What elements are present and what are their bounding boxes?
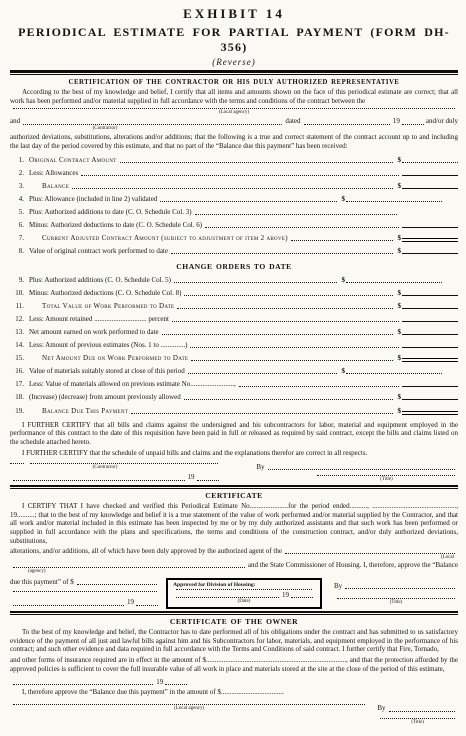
- contractor-signature-block: (Contractor) 19 By (Title): [10, 463, 458, 483]
- local-agency-caption: (Local agency): [10, 706, 368, 712]
- line-label: Minus: Authorized deductions to date (C.…: [29, 222, 202, 229]
- and-word: and: [10, 117, 20, 126]
- agent-line-text: alterations, and/or additions, all of wh…: [10, 547, 282, 556]
- dollar-sign: $: [398, 235, 402, 242]
- amount-blank: [402, 399, 458, 400]
- approval-left-column: due this payment” of $ 19: [10, 578, 160, 609]
- line-label: Total Value of Work Performed to Date: [29, 303, 174, 310]
- heavy-divider: [10, 485, 458, 489]
- contractor-caption: (Contractor): [50, 465, 160, 471]
- dollar-sign: $: [398, 290, 402, 297]
- change-orders-heading: CHANGE ORDERS TO DATE: [10, 262, 458, 271]
- line-items-block-1: 1. Original Contract Amount $ 2. Less: A…: [10, 157, 458, 256]
- dotted-leader: [191, 360, 392, 361]
- by-line: By: [334, 582, 458, 591]
- certification-intro: According to the best of my knowledge an…: [10, 88, 458, 106]
- date-caption: (Date): [173, 599, 315, 605]
- line-label: Less: Amount of previous estimates (Nos.…: [29, 342, 187, 349]
- amount-blank: [402, 321, 458, 322]
- line-label: Balance Due This Payment: [29, 408, 128, 415]
- dotted-leader: [162, 334, 393, 335]
- heavy-divider: [10, 611, 458, 615]
- line-label: Less: Amount retained ..................…: [29, 316, 169, 323]
- line-label: Net Amount Due on Work Performed to Date: [29, 355, 188, 362]
- amount-blank: [402, 411, 458, 415]
- form-line-8: 8. Value of original contract work perfo…: [10, 248, 458, 255]
- year-blank: [165, 684, 187, 685]
- dotted-leader: [190, 347, 399, 348]
- dotted-leader: [205, 227, 399, 228]
- dotted-leader: [188, 373, 337, 374]
- agency-blank: [13, 567, 245, 568]
- title-caption: (Title): [334, 600, 458, 606]
- line-number: 12.: [10, 316, 24, 323]
- dotted-leader: [171, 253, 393, 254]
- form-line-10: 10. Minus: Authorized deductions (C. O. …: [10, 290, 458, 297]
- title-blank: [337, 598, 455, 599]
- line-number: 1.: [10, 157, 24, 164]
- line-number: 14.: [10, 342, 24, 349]
- line-label: Original Contract Amount: [29, 157, 117, 164]
- by-word: By: [334, 582, 342, 591]
- by-word: By: [256, 463, 264, 472]
- by-blank: [345, 588, 455, 589]
- amount-blank: [402, 188, 458, 189]
- form-line-14: 14. Less: Amount of previous estimates (…: [10, 342, 458, 349]
- dollar-sign: $: [398, 329, 402, 336]
- approval-right-column: By (Title): [328, 578, 458, 609]
- signature-blank: [13, 591, 157, 592]
- amount-blank: [402, 308, 458, 309]
- amount-blank: [402, 162, 458, 163]
- owner-signature-right: By (Title): [377, 704, 458, 725]
- form-line-5: 5. Plus: Authorized additions to date (C…: [10, 209, 458, 216]
- line-number: 19.: [10, 408, 24, 415]
- line-number: 4.: [10, 196, 24, 203]
- line-number: 5.: [10, 209, 24, 216]
- heavy-divider: [10, 70, 458, 75]
- housing-date-line: 19: [173, 591, 315, 600]
- date-blank: [13, 684, 153, 685]
- line-label: Less: Value of materials allowed on prev…: [29, 381, 236, 388]
- date-blank: [13, 605, 124, 606]
- year-blank: [136, 605, 158, 606]
- dotted-leader: [184, 399, 393, 400]
- further-certify-paragraph-1: I FURTHER CERTIFY that all bills and cla…: [10, 421, 458, 447]
- form-line-15: 15. Net Amount Due on Work Performed to …: [10, 355, 458, 362]
- form-line-4: 4. Plus: Allowance (included in line 2) …: [10, 196, 458, 203]
- certificate-body: I CERTIFY THAT I have checked and verifi…: [10, 502, 458, 546]
- date-blank: [13, 480, 185, 481]
- year-blank: [197, 480, 219, 481]
- amount-blank: [346, 373, 442, 374]
- dollar-sign: $: [342, 368, 346, 375]
- approver-signature-line: [10, 591, 160, 593]
- commissioner-text: and the State Commissioner of Housing. I…: [248, 561, 458, 570]
- agency-caption: (agency): [28, 569, 458, 575]
- amount-blank: [402, 386, 458, 387]
- dotted-leader: [239, 386, 399, 387]
- dollar-sign: $: [398, 303, 402, 310]
- amount-blank: [402, 334, 458, 335]
- owner-signature-left: (Local agency): [10, 704, 368, 725]
- dollar-sign: $: [398, 183, 402, 190]
- dollar-sign: $: [398, 157, 402, 164]
- local-agency-blank: [285, 553, 455, 554]
- form-line-16: 16. Value of materials suitably stored a…: [10, 368, 458, 375]
- authorized-agent-line: alterations, and/or additions, all of wh…: [10, 547, 458, 556]
- signature-blank: [30, 463, 218, 464]
- dated-word: dated: [285, 117, 300, 126]
- date-blank: [304, 124, 390, 125]
- line-number: 7.: [10, 235, 24, 242]
- owner-certificate-body-2: and other forms of insurance required ar…: [10, 656, 458, 674]
- owner-date-line: 19: [10, 678, 189, 687]
- contractor-caption: (Contractor): [50, 126, 160, 132]
- dotted-leader: [291, 240, 393, 241]
- and-or-duly-word: and/or duly: [426, 117, 458, 126]
- signature-left-column: (Contractor) 19: [10, 463, 221, 483]
- line-number: 11.: [10, 303, 24, 310]
- form-title: PERIODICAL ESTIMATE FOR PARTIAL PAYMENT …: [10, 25, 458, 55]
- signature-blank: [13, 704, 365, 705]
- certification-continuation: authorized deviations, substitutions, al…: [10, 133, 458, 151]
- dotted-leader: [72, 188, 392, 189]
- balance-due-line: due this payment” of $: [10, 578, 160, 587]
- amount-blank: [77, 584, 157, 585]
- year-blank: [291, 597, 313, 598]
- by-word: By: [377, 704, 385, 713]
- by-line: By: [256, 463, 458, 472]
- fill-in-blank: [13, 108, 455, 109]
- line-label: Plus: Authorized additions to date (C. O…: [29, 209, 192, 216]
- line-label: Value of materials suitably stored at cl…: [29, 368, 185, 375]
- form-line-18: 18. (Increase) (decrease) from amount pr…: [10, 394, 458, 401]
- amount-blank: [402, 238, 458, 242]
- dollar-sign: $: [398, 394, 402, 401]
- dotted-leader: [81, 175, 399, 176]
- dotted-leader: [174, 282, 337, 283]
- approval-zone: due this payment” of $ 19 Approved for D…: [10, 578, 458, 609]
- form-line-6: 6. Minus: Authorized deductions to date …: [10, 222, 458, 229]
- division-of-housing-box: Approved for Division of Housing: 19 (Da…: [166, 578, 322, 609]
- amount-blank: [402, 253, 458, 254]
- line-label: Balance: [29, 183, 69, 190]
- title-caption: (Title): [377, 720, 458, 726]
- signature-blank: [176, 589, 312, 590]
- line-number: 8.: [10, 248, 24, 255]
- line-number: 15.: [10, 355, 24, 362]
- year-blank: [402, 124, 424, 125]
- amount-blank: [402, 175, 458, 176]
- form-line-2: 2. Less: Allowances: [10, 170, 458, 177]
- line-label: Current Adjusted Contract Amount (subjec…: [29, 235, 288, 242]
- line-number: 17.: [10, 381, 24, 388]
- dotted-leader: [131, 413, 392, 414]
- line-number: 6.: [10, 222, 24, 229]
- dotted-leader: [195, 214, 397, 215]
- line-number: 13.: [10, 329, 24, 336]
- owner-approve-line: I, therefore approve the “Balance due th…: [10, 688, 458, 697]
- dotted-leader: [120, 162, 393, 163]
- contractor-date-line: 19: [10, 473, 221, 482]
- form-line-9: 9. Plus: Authorized additions (C. O. Sch…: [10, 277, 458, 284]
- form-line-17: 17. Less: Value of materials allowed on …: [10, 381, 458, 388]
- dollar-sign: $: [398, 355, 402, 362]
- year-word: 19: [188, 473, 195, 482]
- year-word: 19: [127, 598, 134, 607]
- line-label: Plus: Authorized additions (C. O. Schedu…: [29, 277, 171, 284]
- dotted-leader: [160, 201, 336, 202]
- title-blank: [317, 475, 455, 476]
- owner-certificate-heading: CERTIFICATE OF THE OWNER: [10, 617, 458, 626]
- amount-blank: [402, 227, 458, 228]
- amount-blank: [402, 358, 458, 362]
- form-line-3: 3. Balance $: [10, 183, 458, 190]
- amount-blank: [402, 347, 458, 348]
- title-caption: (Title): [316, 477, 456, 483]
- dollar-sign: $: [342, 196, 346, 203]
- title-blank: [380, 718, 455, 719]
- line-label: Minus: Authorized deductions (C. O. Sche…: [29, 290, 181, 297]
- line-number: 9.: [10, 277, 24, 284]
- form-line-7: 7. Current Adjusted Contract Amount (sub…: [10, 235, 458, 242]
- certificate-heading: CERTIFICATE: [10, 491, 458, 500]
- contractor-name-blank: [23, 124, 282, 125]
- amount-blank: [346, 201, 442, 202]
- amount-blank: [346, 282, 442, 283]
- year-word: 19: [393, 117, 400, 126]
- line-number: 2.: [10, 170, 24, 177]
- balance-due-text: due this payment” of $: [10, 578, 74, 587]
- owner-certificate-body-1: To the best of my knowledge and belief, …: [10, 628, 458, 654]
- title-line-group: (Title): [334, 598, 458, 606]
- dollar-sign: $: [342, 277, 346, 284]
- date-blank: [176, 597, 279, 598]
- contractor-dated-line: and dated 19 and/or duly: [10, 117, 458, 126]
- line-number: 18.: [10, 394, 24, 401]
- line-number: 3.: [10, 183, 24, 190]
- housing-box-heading: Approved for Division of Housing:: [173, 582, 315, 589]
- line-label: Plus: Allowance (included in line 2) val…: [29, 196, 157, 203]
- exhibit-title: EXHIBIT 14: [10, 6, 458, 22]
- commissioner-line: and the State Commissioner of Housing. I…: [10, 561, 458, 570]
- line-label: Value of original contract work performe…: [29, 248, 168, 255]
- line-items-block-2: 9. Plus: Authorized additions (C. O. Sch…: [10, 277, 458, 415]
- scanned-form-page: EXHIBIT 14 PERIODICAL ESTIMATE FOR PARTI…: [0, 0, 466, 727]
- form-line-13: 13. Net amount earned on work performed …: [10, 329, 458, 336]
- fill-in-blank: [10, 463, 24, 464]
- dotted-leader: [172, 321, 399, 322]
- dollar-sign: $: [398, 408, 402, 415]
- by-line: By: [377, 704, 458, 713]
- form-line-19: 19. Balance Due This Payment $: [10, 408, 458, 415]
- local-agency-caption: (Local agency): [10, 110, 458, 116]
- owner-signature-block: (Local agency) By (Title): [10, 704, 458, 725]
- by-blank: [389, 711, 455, 712]
- dotted-leader: [177, 308, 392, 309]
- line-number: 10.: [10, 290, 24, 297]
- by-blank: [268, 469, 455, 470]
- form-line-1: 1. Original Contract Amount $: [10, 157, 458, 164]
- signature-right-column: By (Title): [256, 463, 458, 483]
- form-line-12: 12. Less: Amount retained ..............…: [10, 316, 458, 323]
- year-word: 19: [282, 591, 289, 600]
- approver-date-line: 19: [10, 598, 160, 607]
- dollar-sign: $: [398, 248, 402, 255]
- line-number: 16.: [10, 368, 24, 375]
- form-subtitle: (Reverse): [10, 57, 458, 67]
- line-label: (Increase) (decrease) from amount previo…: [29, 394, 181, 401]
- further-certify-paragraph-2: I FURTHER CERTIFY that the schedule of u…: [10, 449, 458, 458]
- certification-heading: CERTIFICATION OF THE CONTRACTOR OR HIS D…: [10, 79, 458, 86]
- form-line-11: 11. Total Value of Work Performed to Dat…: [10, 303, 458, 310]
- dotted-leader: [184, 295, 392, 296]
- line-label: Net amount earned on work performed to d…: [29, 329, 159, 336]
- amount-blank: [402, 295, 458, 296]
- year-word: 19: [156, 678, 163, 687]
- line-label: Less: Allowances: [29, 170, 78, 177]
